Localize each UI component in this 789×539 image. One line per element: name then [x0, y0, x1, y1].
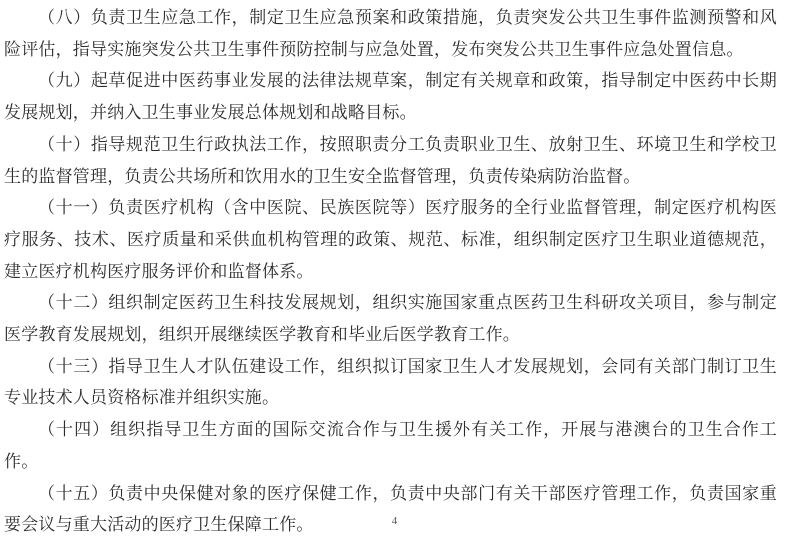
- page-footer: 4: [0, 511, 789, 529]
- clause-paragraph-13: （十三）指导卫生人才队伍建设工作，组织拟订国家卫生人才发展规划，会同有关部门制订…: [4, 351, 777, 414]
- clause-paragraph-12: （十二）组织制定医药卫生科技发展规划，组织实施国家重点医药卫生科研攻关项目，参与…: [4, 287, 777, 350]
- clause-paragraph-10: （十）指导规范卫生行政执法工作，按照职责分工负责职业卫生、放射卫生、环境卫生和学…: [4, 129, 777, 192]
- clause-paragraph-11: （十一）负责医疗机构（含中医院、民族医院等）医疗服务的全行业监督管理，制定医疗机…: [4, 192, 777, 287]
- document-page: （八）负责卫生应急工作，制定卫生应急预案和政策措施，负责突发公共卫生事件监测预警…: [0, 0, 781, 539]
- clause-paragraph-15: （十五）负责中央保健对象的医疗保健工作，负责中央部门有关干部医疗管理工作，负责国…: [4, 478, 777, 539]
- clause-paragraph-8: （八）负责卫生应急工作，制定卫生应急预案和政策措施，负责突发公共卫生事件监测预警…: [4, 2, 777, 65]
- clause-paragraph-14: （十四）组织指导卫生方面的国际交流合作与卫生援外有关工作，开展与港澳台的卫生合作…: [4, 414, 777, 477]
- document-body: （八）负责卫生应急工作，制定卫生应急预案和政策措施，负责突发公共卫生事件监测预警…: [4, 2, 777, 539]
- clause-paragraph-9: （九）起草促进中医药事业发展的法律法规草案，制定有关规章和政策，指导制定中医药中…: [4, 65, 777, 128]
- page-number: 4: [392, 515, 398, 527]
